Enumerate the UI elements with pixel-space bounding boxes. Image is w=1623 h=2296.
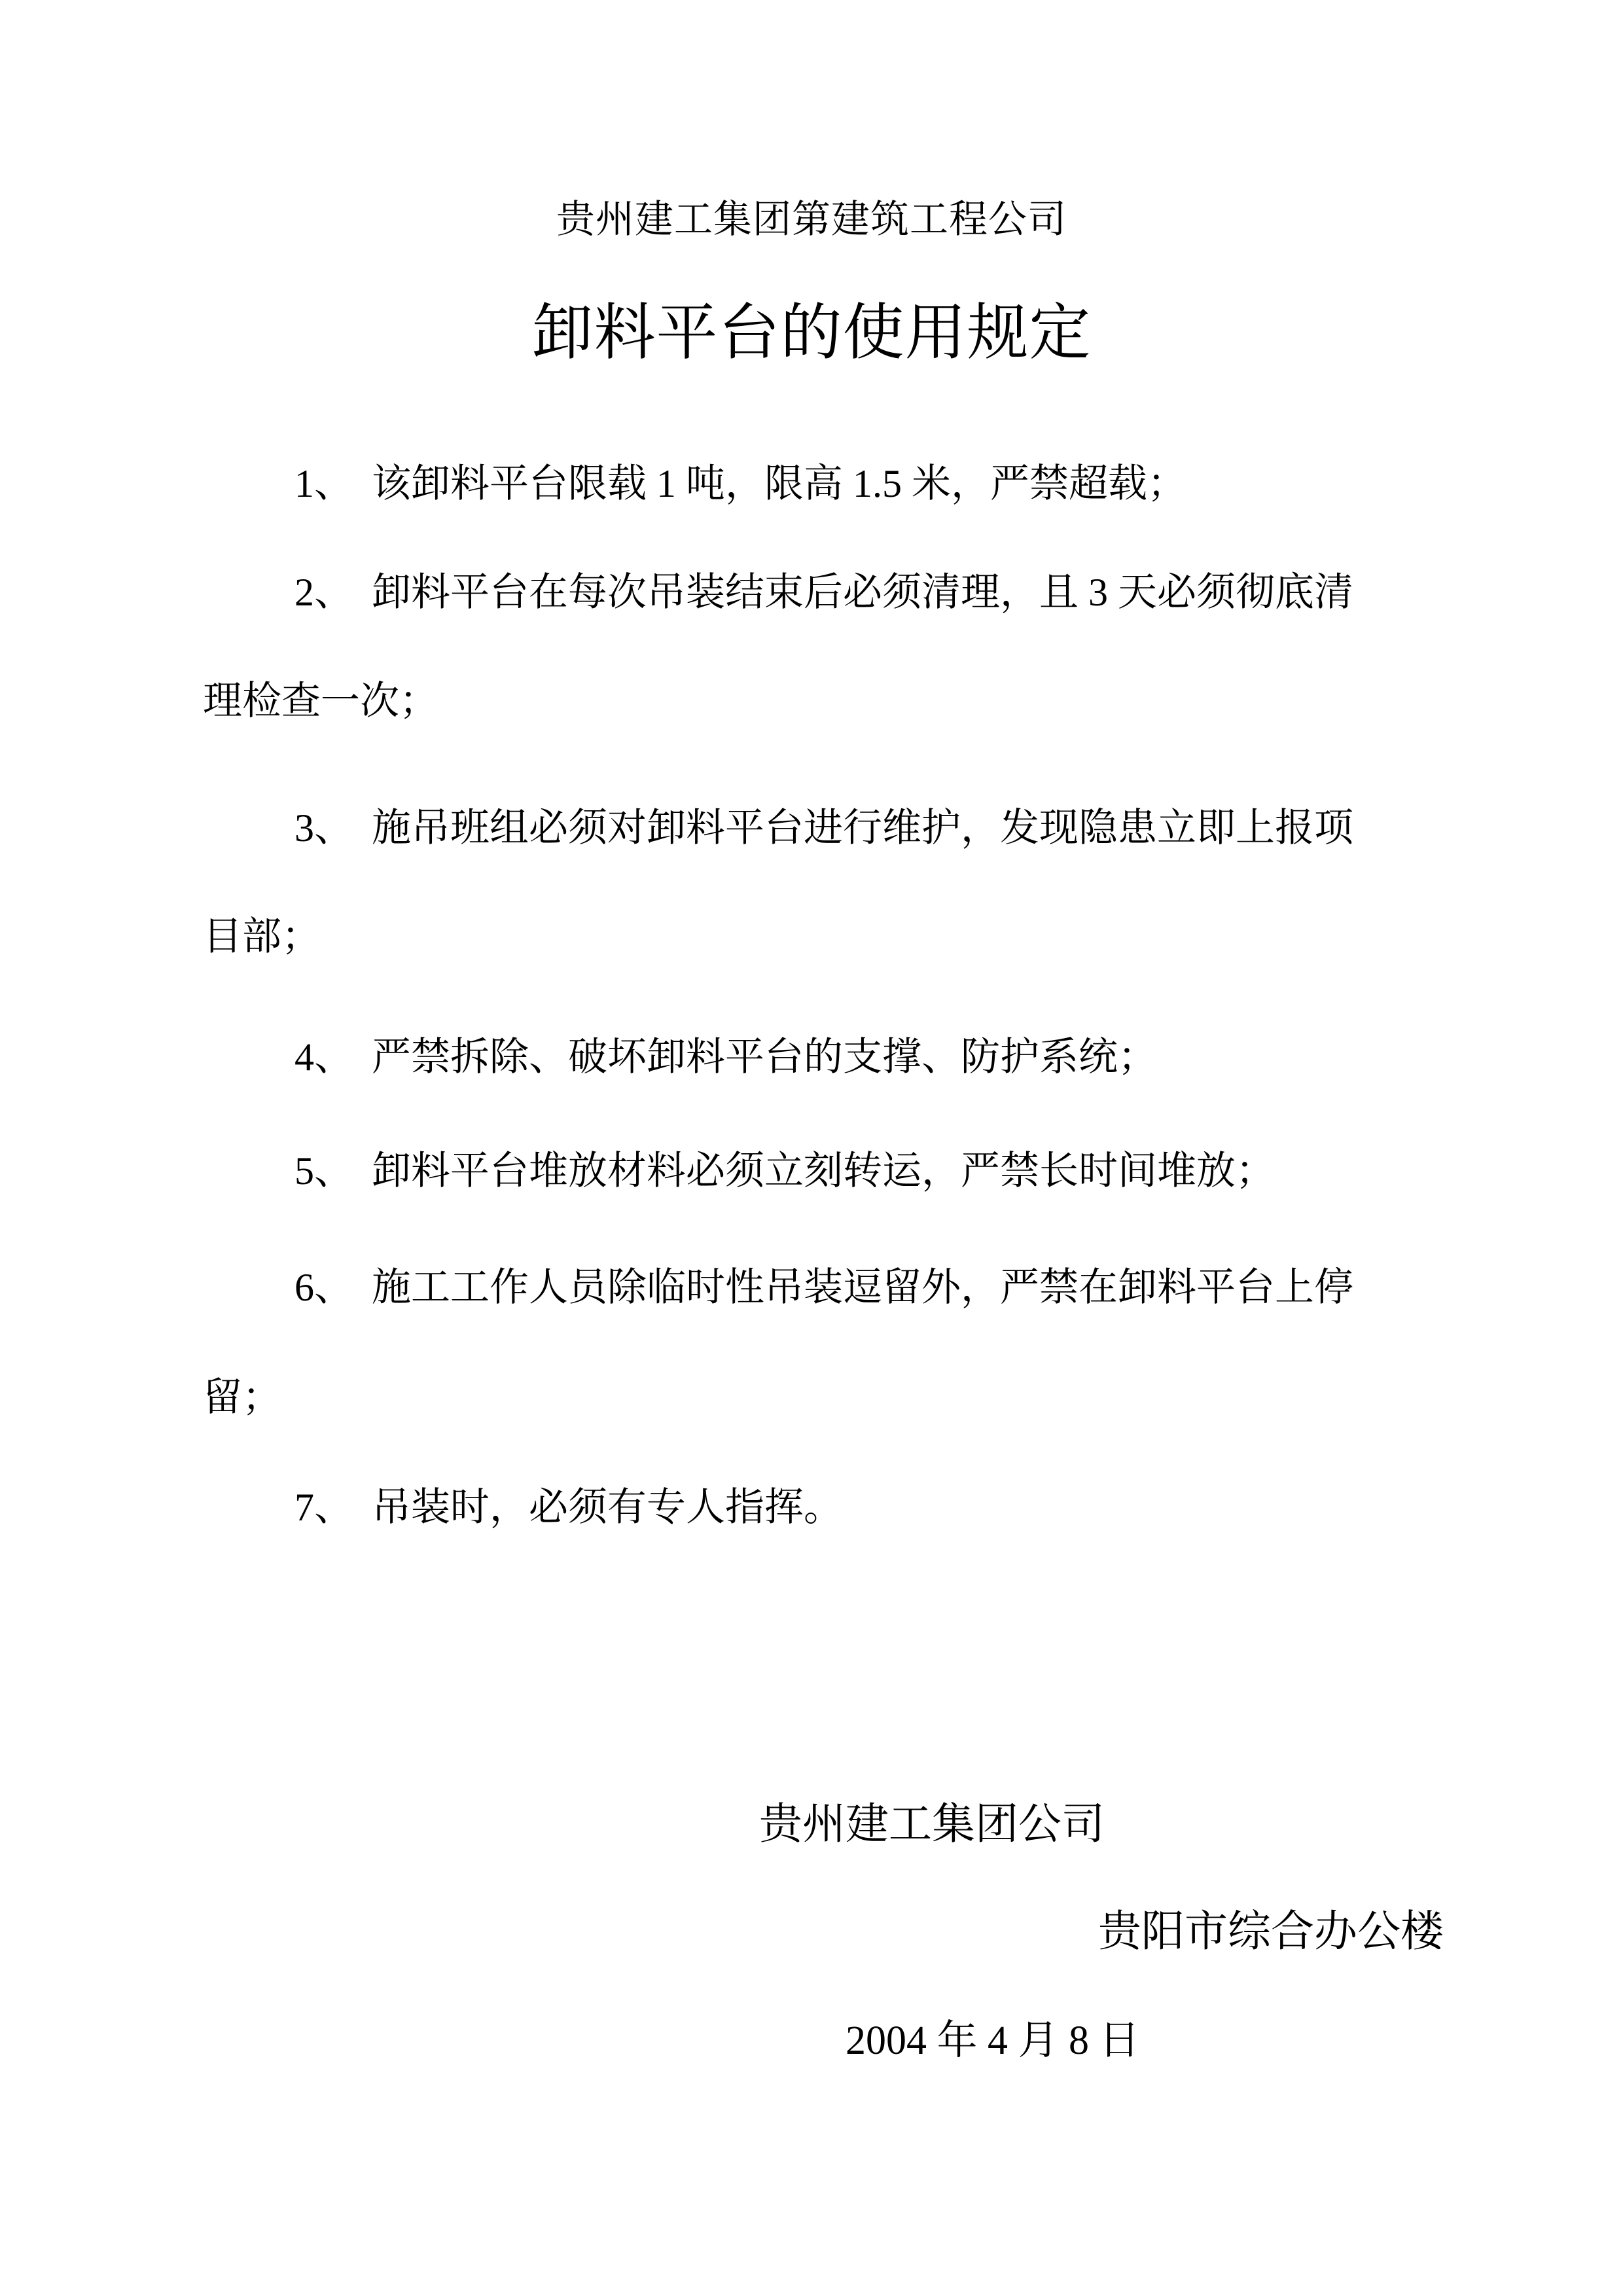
document-page: 贵州建工集团第建筑工程公司 卸料平台的使用规定 1、该卸料平台限载 1 吨，限高… [0, 0, 1623, 2296]
list-item-number: 3、 [294, 804, 353, 852]
list-item-4: 4、严禁拆除、破坏卸料平台的支撑、防护系统； [294, 1033, 1157, 1081]
list-item-text: 严禁拆除、破坏卸料平台的支撑、防护系统； [372, 1035, 1157, 1079]
list-item-text: 目部； [203, 915, 321, 958]
list-item-2-continuation: 理检查一次； [203, 677, 438, 725]
list-item-6-continuation: 留； [203, 1373, 281, 1422]
list-item-number: 1、 [294, 459, 353, 508]
list-item-text: 卸料平台在每次吊装结束后必须清理，且 3 天必须彻底清 [372, 571, 1353, 614]
list-item-text: 施吊班组必须对卸料平台进行维护，发现隐患立即上报项 [372, 806, 1353, 850]
list-item-text: 吊装时，必须有专人指挥。 [372, 1486, 843, 1529]
list-item-3: 3、施吊班组必须对卸料平台进行维护，发现隐患立即上报项 [294, 804, 1353, 852]
list-item-3-continuation: 目部； [203, 912, 321, 961]
list-item-number: 2、 [294, 568, 353, 617]
list-item-5: 5、卸料平台堆放材料必须立刻转运，严禁长时间堆放； [294, 1147, 1275, 1195]
page-title: 卸料平台的使用规定 [203, 295, 1420, 372]
list-item-text: 施工工作人员除临时性吊装逗留外，严禁在卸料平台上停 [372, 1266, 1353, 1309]
list-item-number: 7、 [294, 1483, 353, 1532]
list-item-number: 4、 [294, 1033, 353, 1081]
list-item-text: 该卸料平台限载 1 吨，限高 1.5 米，严禁超载； [372, 462, 1186, 505]
list-item-2: 2、卸料平台在每次吊装结束后必须清理，且 3 天必须彻底清 [294, 568, 1353, 617]
signature-company: 贵州建工集团公司 [759, 1799, 1105, 1851]
signature-date: 2004 年 4 月 8 日 [846, 2015, 1140, 2067]
list-item-text: 卸料平台堆放材料必须立刻转运，严禁长时间堆放； [372, 1149, 1275, 1193]
list-item-1: 1、该卸料平台限载 1 吨，限高 1.5 米，严禁超载； [294, 459, 1186, 508]
list-item-number: 5、 [294, 1147, 353, 1195]
company-header: 贵州建工集团第建筑工程公司 [203, 196, 1420, 242]
list-item-number: 6、 [294, 1263, 353, 1312]
list-item-text: 留； [203, 1376, 281, 1419]
signature-building: 贵阳市综合办公楼 [1098, 1906, 1444, 1958]
list-item-7: 7、吊装时，必须有专人指挥。 [294, 1483, 843, 1532]
list-item-text: 理检查一次； [203, 679, 438, 723]
list-item-6: 6、施工工作人员除临时性吊装逗留外，严禁在卸料平台上停 [294, 1263, 1353, 1312]
